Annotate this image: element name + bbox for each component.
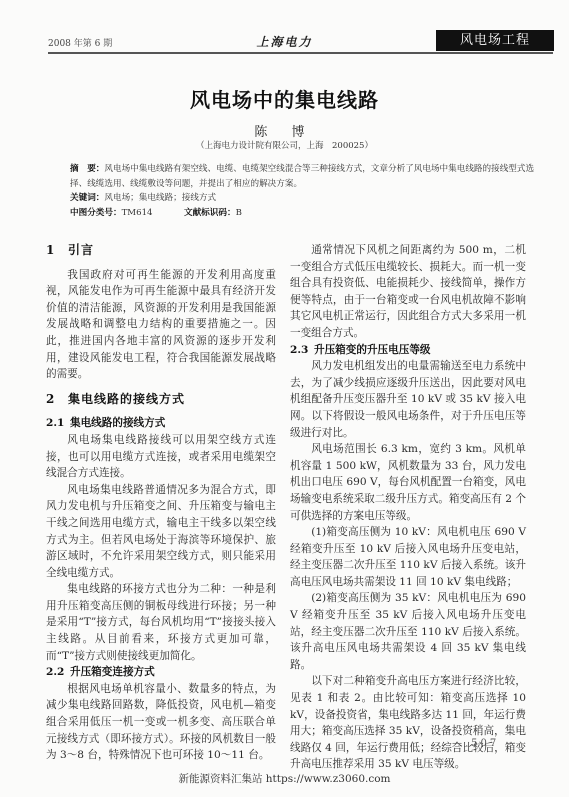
abstract-text: 风电场中集电线路有架空线、电缆、电缆架空线混合等三种接线方式，文章分析了风电场中… <box>70 164 534 189</box>
section-badge: 风电场工程 <box>436 30 554 51</box>
section-title: 集电线路的接线方式 <box>68 392 185 406</box>
subsection-title: 集电线路的接线方式 <box>70 417 165 429</box>
doc-code-value: B <box>236 208 242 218</box>
paragraph: 我国政府对可再生能源的开发利用高度重视，风能发电作为可再生能源中最具有经济开发价… <box>46 267 276 383</box>
keywords-line: 关键词：风电场；集电线路；接线方式 <box>70 191 535 206</box>
abstract-paragraph: 摘 要：风电场中集电线路有架空线、电缆、电缆架空线混合等三种接线方式，文章分析了… <box>70 162 535 191</box>
paragraph: (1)箱变高压侧为 10 kV：风电机电压 690 V 经箱变升压至 10 kV… <box>290 524 526 590</box>
doc-code-label: 文献标识码： <box>184 208 236 218</box>
article-title: 风电场中的集电线路 <box>0 84 569 113</box>
right-column: 通常情况下风机之间距离约为 500 m，二机一变组合方式低压电缆较长、损耗大。而… <box>290 242 526 773</box>
article-author: 陈 博 <box>0 121 569 140</box>
header-divider <box>48 52 553 54</box>
section-heading-1: 1引言 <box>46 242 276 259</box>
subsection-title: 升压箱变连接方式 <box>70 666 155 678</box>
section-number: 1 <box>46 242 68 259</box>
subsection-number: 2.2 <box>46 664 70 681</box>
left-column: 1引言 我国政府对可再生能源的开发利用高度重视，风能发电作为可再生能源中最具有经… <box>46 242 276 764</box>
clc-label: 中图分类号： <box>70 208 122 218</box>
subsection-heading-2-2: 2.2升压箱变连接方式 <box>46 664 276 681</box>
paragraph: 集电线路的环接方式也分为二种：一种是利用升压箱变高压侧的铜板母线进行环接；另一种… <box>46 581 276 664</box>
subsection-number: 2.1 <box>46 415 70 432</box>
paragraph: 风电场范围长 6.3 km，宽约 3 km。风机单机容量 1 500 kW，风机… <box>290 441 526 524</box>
paragraph: 风电场集电线路普通情况多为混合方式，即风力发电机与升压箱变之间、升压箱变与输电主… <box>46 482 276 582</box>
subsection-heading-2-3: 2.3升压箱变的升压电压等级 <box>290 342 526 359</box>
classification-line: 中图分类号：TM614 文献标识码：B <box>70 206 535 221</box>
subsection-title: 升压箱变的升压电压等级 <box>314 344 431 356</box>
paragraph: 通常情况下风机之间距离约为 500 m，二机一变组合方式低压电缆较长、损耗大。而… <box>290 242 526 342</box>
paragraph: 以下对二种箱变升高电压方案进行经济比较，见表 1 和表 2。由比较可知：箱变高压… <box>290 673 526 773</box>
subsection-heading-2-1: 2.1集电线路的接线方式 <box>46 415 276 432</box>
section-number: 2 <box>46 391 68 408</box>
page-number: — 507 — <box>452 738 518 749</box>
keywords-text: 风电场；集电线路；接线方式 <box>104 193 216 203</box>
paragraph: 风电场集电线路接线可以用架空线方式连接，也可以用电缆方式连接，或者采用电缆架空线… <box>46 432 276 482</box>
abstract-label: 摘 要： <box>70 164 104 174</box>
section-title: 引言 <box>68 243 94 257</box>
keywords-label: 关键词： <box>70 193 104 203</box>
watermark-footer: 新能源资料汇集站 https://www.z3060.com <box>0 771 569 786</box>
subsection-number: 2.3 <box>290 342 314 359</box>
abstract-block: 摘 要：风电场中集电线路有架空线、电缆、电缆架空线混合等三种接线方式，文章分析了… <box>70 162 535 220</box>
paragraph: 风力发电机组发出的电量需输送至电力系统中去，为了减少线损应逐级升压送出，因此要对… <box>290 358 526 441</box>
clc-value: TM614 <box>122 208 153 218</box>
author-affiliation: （上海电力设计院有限公司，上海 200025） <box>0 139 569 151</box>
paragraph: 根据风电场单机容量小、数量多的特点，为减少集电线路回路数，降低投资，风电机—箱变… <box>46 681 276 764</box>
paragraph: (2)箱变高压侧为 35 kV：风电机电压为 690 V 经箱变升压至 35 k… <box>290 590 526 673</box>
section-heading-2: 2集电线路的接线方式 <box>46 391 276 408</box>
